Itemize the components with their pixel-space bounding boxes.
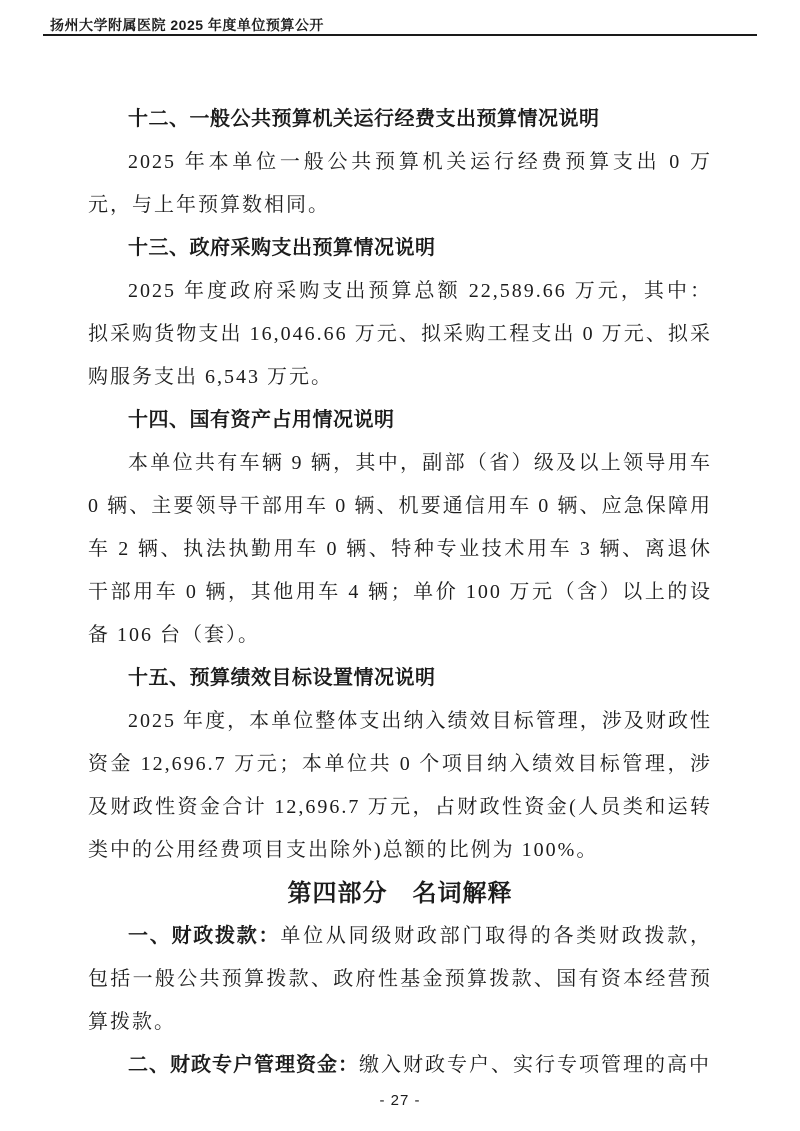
section-15: 十五、预算绩效目标设置情况说明 2025 年度，本单位整体支出纳入绩效目标管理，… — [88, 657, 712, 872]
section-12-body: 2025 年本单位一般公共预算机关运行经费预算支出 0 万元，与上年预算数相同。 — [88, 141, 712, 227]
section-13-heading: 十三、政府采购支出预算情况说明 — [88, 227, 712, 270]
section-15-heading: 十五、预算绩效目标设置情况说明 — [88, 657, 712, 700]
definition-item-2: 二、财政专户管理资金：缴入财政专户、实行专项管理的高中 — [88, 1044, 712, 1087]
section-14-heading: 十四、国有资产占用情况说明 — [88, 399, 712, 442]
section-12-heading: 十二、一般公共预算机关运行经费支出预算情况说明 — [88, 98, 712, 141]
page-number: - 27 - — [0, 1092, 800, 1109]
definition-1-term: 一、财政拨款： — [128, 925, 280, 947]
part-four-heading: 第四部分 名词解释 — [88, 872, 712, 915]
section-14-body: 本单位共有车辆 9 辆，其中，副部（省）级及以上领导用车 0 辆、主要领导干部用… — [88, 442, 712, 657]
header-rule — [43, 34, 757, 36]
section-13-body: 2025 年度政府采购支出预算总额 22,589.66 万元，其中：拟采购货物支… — [88, 270, 712, 399]
section-12: 十二、一般公共预算机关运行经费支出预算情况说明 2025 年本单位一般公共预算机… — [88, 98, 712, 227]
definition-2-term: 二、财政专户管理资金： — [128, 1054, 359, 1076]
document-header-title: 扬州大学附属医院 2025 年度单位预算公开 — [50, 15, 757, 35]
definition-item-1: 一、财政拨款：单位从同级财政部门取得的各类财政拨款，包括一般公共预算拨款、政府性… — [88, 915, 712, 1044]
document-body: 十二、一般公共预算机关运行经费支出预算情况说明 2025 年本单位一般公共预算机… — [88, 98, 712, 1087]
document-page: 扬州大学附属医院 2025 年度单位预算公开 十二、一般公共预算机关运行经费支出… — [0, 0, 800, 1131]
section-14: 十四、国有资产占用情况说明 本单位共有车辆 9 辆，其中，副部（省）级及以上领导… — [88, 399, 712, 657]
section-13: 十三、政府采购支出预算情况说明 2025 年度政府采购支出预算总额 22,589… — [88, 227, 712, 399]
section-15-body: 2025 年度，本单位整体支出纳入绩效目标管理，涉及财政性资金 12,696.7… — [88, 700, 712, 872]
definition-2-text: 缴入财政专户、实行专项管理的高中 — [359, 1054, 711, 1076]
